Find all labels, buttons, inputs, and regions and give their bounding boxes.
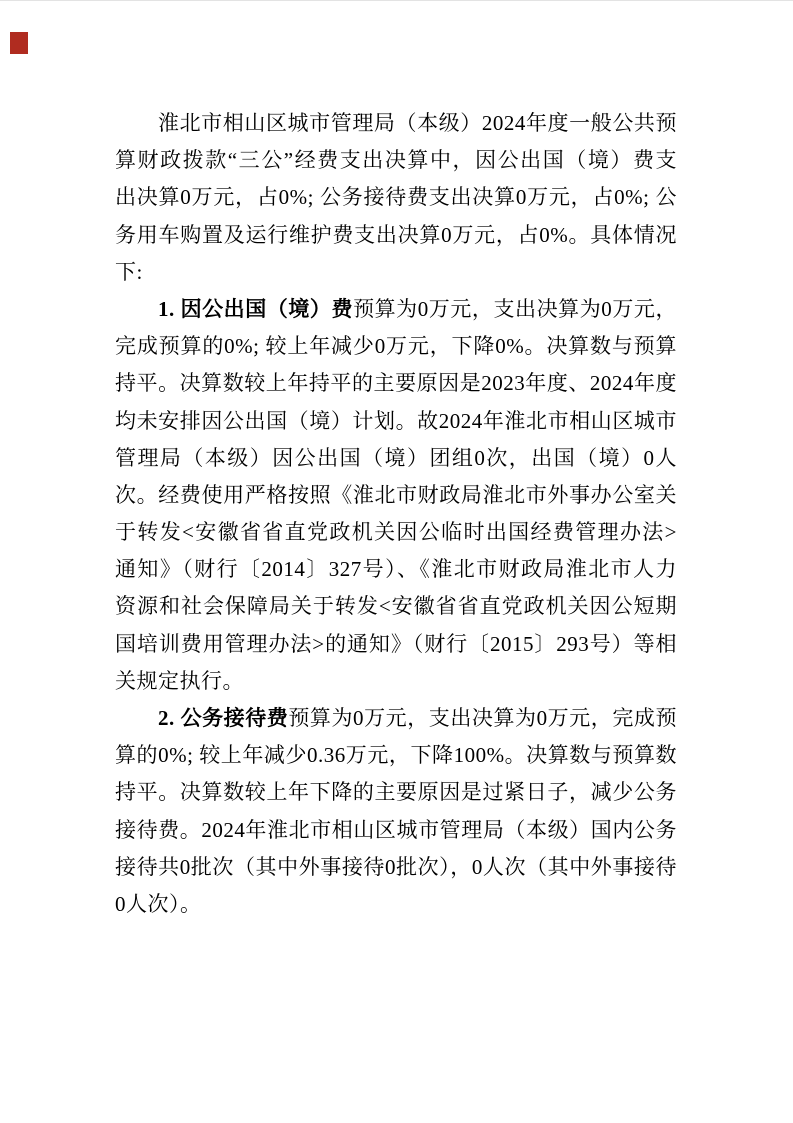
page: 淮北市相山区城市管理局（本级）2024年度一般公共预算财政拨款“三公”经费支出决… — [0, 0, 793, 1123]
text-line: 务用车购置及运行维护费支出决算0万元，占0%。具体情况如 — [115, 217, 677, 254]
line-text: 次。经费使用严格按照《淮北市财政局淮北市外事办公室关 — [115, 483, 677, 507]
red-corner-mark — [10, 32, 28, 54]
line-text: 接待共0批次（其中外事接待0批次），0人次（其中外事接待 — [115, 855, 677, 879]
line-text: 淮北市相山区城市管理局（本级）2024年度一般公共预 — [158, 111, 677, 135]
line-text: 预算为0万元，支出决算为0万元，完成预 — [288, 706, 677, 730]
line-text: 接待费。2024年淮北市相山区城市管理局（本级）国内公务 — [115, 818, 677, 842]
line-text: 于转发<安徽省省直党政机关因公临时出国经费管理办法>的 — [115, 520, 677, 551]
bold-lead-label: 2. 公务接待费 — [158, 706, 288, 730]
text-line: 算的0%; 较上年减少0.36万元，下降100%。决算数与预算数 — [115, 737, 677, 774]
text-line: 通知》（财行〔2014〕327号）、《淮北市财政局淮北市人力 — [115, 551, 677, 588]
line-text: 通知》（财行〔2014〕327号）、《淮北市财政局淮北市人力 — [115, 557, 677, 581]
text-line: 0人次）。 — [115, 886, 677, 923]
line-text: 国培训费用管理办法>的通知》（财行〔2015〕293号）等相 — [115, 632, 677, 656]
text-line: 下: — [115, 254, 677, 291]
line-text: 持平。决算数较上年持平的主要原因是2023年度、2024年度 — [115, 371, 677, 395]
text-line: 于转发<安徽省省直党政机关因公临时出国经费管理办法>的 — [115, 514, 677, 551]
line-text: 关规定执行。 — [115, 669, 244, 693]
text-line: 接待共0批次（其中外事接待0批次），0人次（其中外事接待 — [115, 849, 677, 886]
text-line: 资源和社会保障局关于转发<安徽省省直党政机关因公短期出 — [115, 588, 677, 625]
text-line: 接待费。2024年淮北市相山区城市管理局（本级）国内公务 — [115, 812, 677, 849]
line-text: 下: — [115, 260, 143, 284]
bold-lead-label: 1. 因公出国（境）费 — [158, 297, 353, 321]
text-line: 算财政拨款“三公”经费支出决算中，因公出国（境）费支 — [115, 142, 677, 179]
text-line: 持平。决算数较上年持平的主要原因是2023年度、2024年度 — [115, 365, 677, 402]
text-line: 次。经费使用严格按照《淮北市财政局淮北市外事办公室关 — [115, 477, 677, 514]
text-line: 淮北市相山区城市管理局（本级）2024年度一般公共预 — [115, 105, 677, 142]
text-line: 国培训费用管理办法>的通知》（财行〔2015〕293号）等相 — [115, 626, 677, 663]
line-text: 均未安排因公出国（境）计划。故2024年淮北市相山区城市 — [115, 409, 677, 433]
line-text: 出决算0万元，占0%; 公务接待费支出决算0万元，占0%; 公 — [115, 185, 677, 209]
line-text: 算财政拨款“三公”经费支出决算中，因公出国（境）费支 — [115, 148, 677, 172]
line-text: 预算为0万元，支出决算为0万元， — [353, 297, 677, 321]
text-line: 1. 因公出国（境）费预算为0万元，支出决算为0万元， — [115, 291, 677, 328]
paragraph-item-2-official-reception-expense: 2. 公务接待费预算为0万元，支出决算为0万元，完成预算的0%; 较上年减少0.… — [115, 700, 677, 923]
text-line: 均未安排因公出国（境）计划。故2024年淮北市相山区城市 — [115, 403, 677, 440]
line-text: 务用车购置及运行维护费支出决算0万元，占0%。具体情况如 — [115, 223, 677, 254]
line-text: 算的0%; 较上年减少0.36万元，下降100%。决算数与预算数 — [115, 743, 677, 767]
line-text: 管理局（本级）因公出国（境）团组0次，出国（境）0人 — [115, 446, 677, 470]
text-line: 关规定执行。 — [115, 663, 677, 700]
line-text: 持平。决算数较上年下降的主要原因是过紧日子，减少公务 — [115, 780, 677, 804]
paragraph-item-1-overseas-travel-expense: 1. 因公出国（境）费预算为0万元，支出决算为0万元，完成预算的0%; 较上年减… — [115, 291, 677, 700]
line-text: 0人次）。 — [115, 892, 202, 916]
text-line: 管理局（本级）因公出国（境）团组0次，出国（境）0人 — [115, 440, 677, 477]
text-line: 持平。决算数较上年下降的主要原因是过紧日子，减少公务 — [115, 774, 677, 811]
text-line: 出决算0万元，占0%; 公务接待费支出决算0万元，占0%; 公 — [115, 179, 677, 216]
text-line: 完成预算的0%; 较上年减少0万元，下降0%。决算数与预算数 — [115, 328, 677, 365]
document-body: 淮北市相山区城市管理局（本级）2024年度一般公共预算财政拨款“三公”经费支出决… — [115, 105, 677, 923]
paragraph-intro: 淮北市相山区城市管理局（本级）2024年度一般公共预算财政拨款“三公”经费支出决… — [115, 105, 677, 291]
line-text: 完成预算的0%; 较上年减少0万元，下降0%。决算数与预算数 — [115, 334, 677, 365]
text-line: 2. 公务接待费预算为0万元，支出决算为0万元，完成预 — [115, 700, 677, 737]
line-text: 资源和社会保障局关于转发<安徽省省直党政机关因公短期出 — [115, 594, 677, 625]
